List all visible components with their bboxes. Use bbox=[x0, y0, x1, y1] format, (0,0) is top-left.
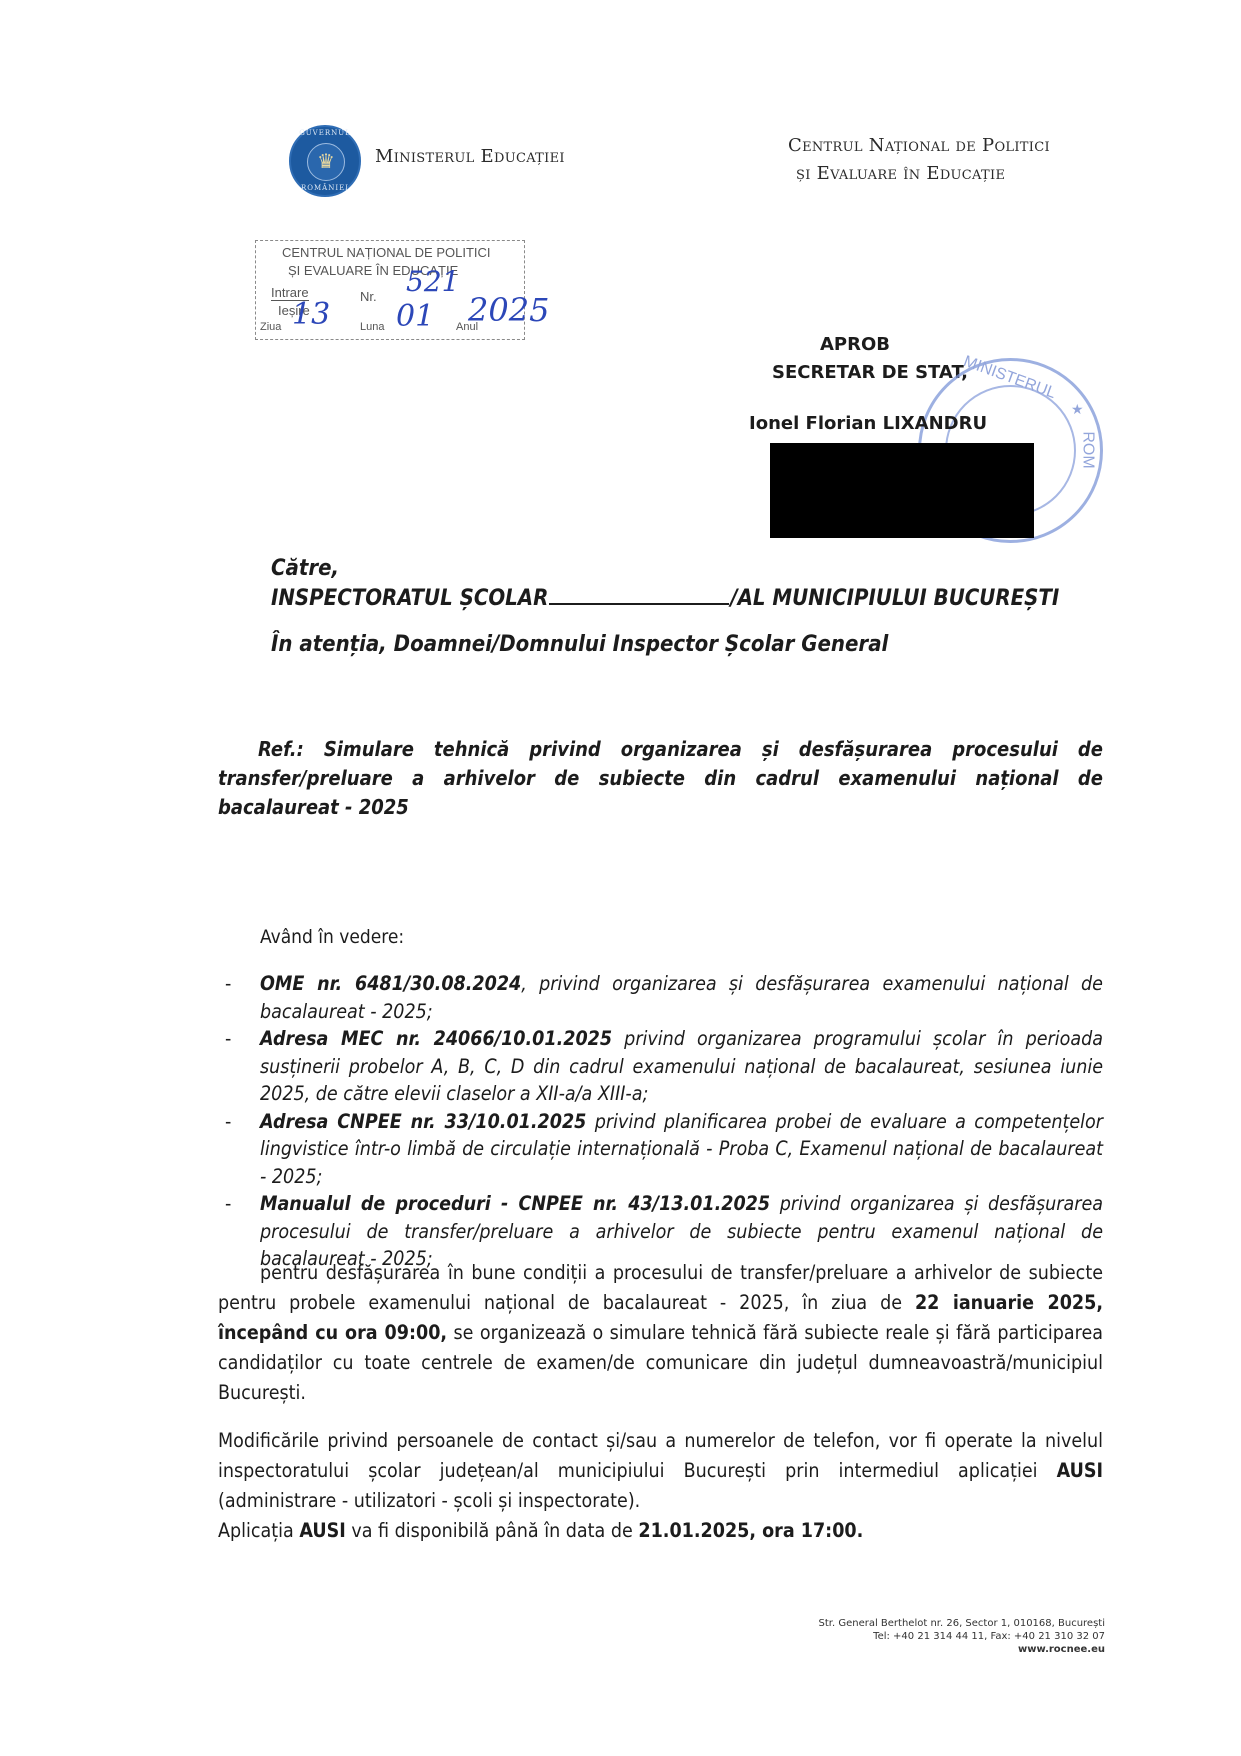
footer-contact: Str. General Berthelot nr. 26, Sector 1,… bbox=[700, 1617, 1105, 1656]
centre-name: Centrul Național de Politici și Evaluare… bbox=[788, 132, 1050, 188]
inspectorate-line: INSPECTORATUL ȘCOLAR/AL MUNICIPIULUI BUC… bbox=[271, 585, 1059, 611]
registration-stamp: CENTRUL NAȚIONAL DE POLITICI ȘI EVALUARE… bbox=[255, 240, 525, 340]
logo-ring-bottom: ROMÂNIEI bbox=[291, 184, 359, 192]
government-logo: GUVERNUL ♛ ROMÂNIEI bbox=[289, 125, 361, 197]
list-item: -Adresa MEC nr. 24066/10.01.2025 privind… bbox=[218, 1025, 1103, 1108]
coat-of-arms-icon: ♛ bbox=[307, 143, 345, 181]
redacted-signature bbox=[770, 443, 1034, 538]
ministry-name: Ministerul Educației bbox=[375, 146, 565, 167]
list-item: -Adresa CNPEE nr. 33/10.01.2025 privind … bbox=[218, 1108, 1103, 1191]
approve-label: APROB bbox=[820, 334, 890, 355]
registration-month: 01 bbox=[396, 299, 434, 334]
footer-website[interactable]: www.rocnee.eu bbox=[700, 1643, 1105, 1656]
to-label: Către, bbox=[271, 556, 339, 581]
centre-name-line2: și Evaluare în Educație bbox=[788, 160, 1050, 188]
star-icon: ★ bbox=[1071, 401, 1084, 418]
logo-ring-top: GUVERNUL bbox=[291, 129, 359, 137]
centre-name-line1: Centrul Național de Politici bbox=[788, 132, 1050, 160]
attention-line: În atenția, Doamnei/Domnului Inspector Ș… bbox=[271, 632, 888, 657]
list-item: -OME nr. 6481/30.08.2024, privind organi… bbox=[218, 970, 1103, 1025]
references-list: -OME nr. 6481/30.08.2024, privind organi… bbox=[218, 970, 1103, 1273]
county-blank-field bbox=[549, 585, 729, 605]
contact-changes-paragraph: Modificările privind persoanele de conta… bbox=[218, 1426, 1103, 1516]
reference-subject: Ref.: Simulare tehnică privind organizar… bbox=[218, 735, 1103, 822]
footer-address: Str. General Berthelot nr. 26, Sector 1,… bbox=[700, 1617, 1105, 1630]
footer-phone: Tel: +40 21 314 44 11, Fax: +40 21 310 3… bbox=[700, 1630, 1105, 1643]
approver-name: Ionel Florian LIXANDRU bbox=[749, 413, 987, 434]
considering-label: Având în vedere: bbox=[260, 926, 404, 948]
simulation-paragraph: pentru desfășurarea în bune condiții a p… bbox=[218, 1258, 1103, 1408]
registration-day: 13 bbox=[292, 297, 330, 332]
registration-year: 2025 bbox=[468, 291, 549, 329]
approver-title: SECRETAR DE STAT, bbox=[772, 362, 968, 383]
availability-paragraph: Aplicația AUSI va fi disponibilă până în… bbox=[218, 1516, 1103, 1546]
registration-number: 521 bbox=[406, 265, 459, 298]
